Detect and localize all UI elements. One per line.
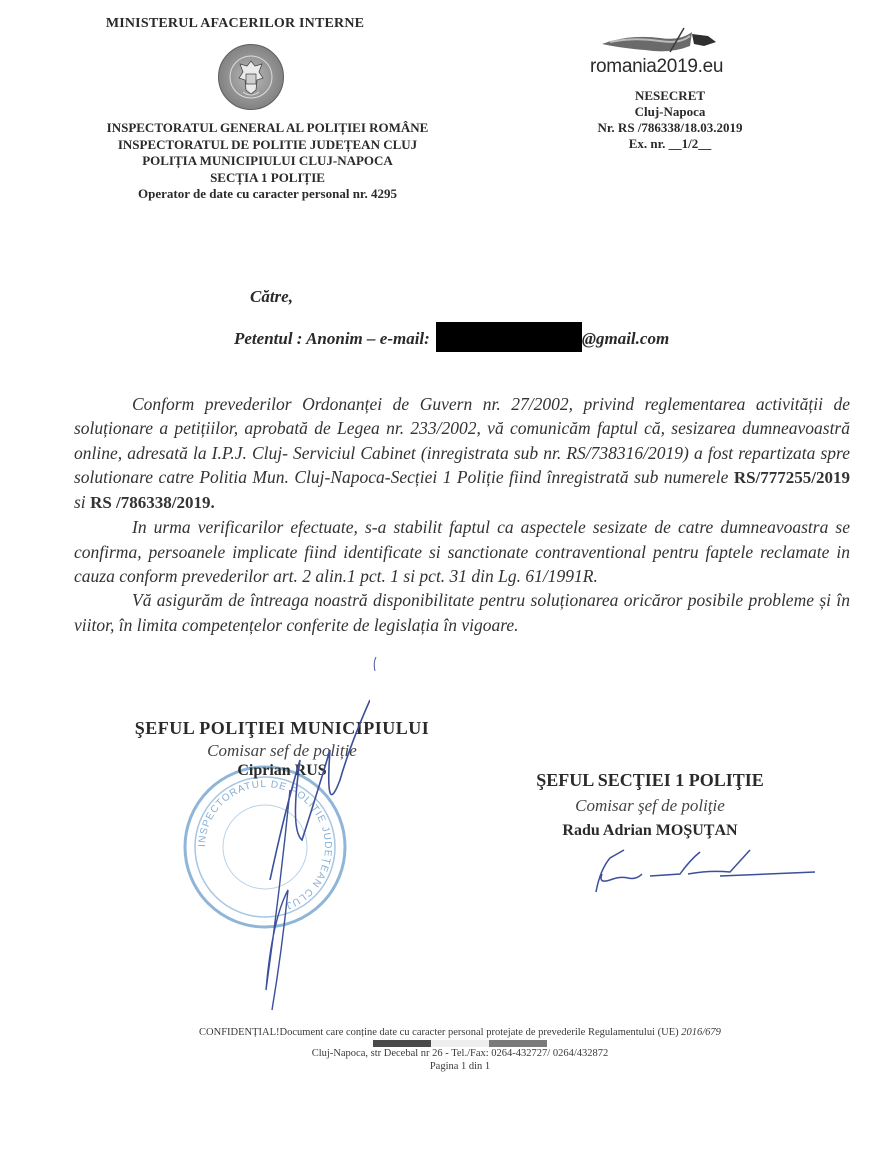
redacted-email-block <box>436 322 582 352</box>
organization-block: INSPECTORATUL GENERAL AL POLIȚIEI ROMÂNE… <box>80 120 455 203</box>
right-signature-block: ŞEFUL SECŢIEI 1 POLIŢIE Comisar şef de p… <box>500 770 800 840</box>
confidentiality-notice: CONFIDENȚIAL!Document care conține date … <box>120 1026 800 1039</box>
paragraph-1: Conform prevederilor Ordonanței de Guver… <box>74 392 850 515</box>
classification-label: NESECRET <box>570 88 770 104</box>
reference-number-1: RS/777255/2019 <box>734 468 850 487</box>
registration-number: Nr. RS /786338/18.03.2019 <box>570 120 770 136</box>
data-operator-note: Operator de date cu caracter personal nr… <box>80 186 455 203</box>
city-label: Cluj-Napoca <box>570 104 770 120</box>
eagle-icon <box>229 54 273 100</box>
ministry-header: MINISTERUL AFACERILOR INTERNE <box>75 16 545 32</box>
org-line-4: SECȚIA 1 POLIȚIE <box>80 170 455 187</box>
confidentiality-text: CONFIDENȚIAL!Document care conține date … <box>199 1027 681 1038</box>
handwritten-signature-right-icon <box>580 840 820 900</box>
paragraph-1-conjunction: si <box>74 492 90 512</box>
document-registration-block: NESECRET Cluj-Napoca Nr. RS /786338/18.0… <box>570 88 770 152</box>
salutation: Către, <box>250 287 293 307</box>
copy-number: Ex. nr. __1/2__ <box>570 136 770 152</box>
handwritten-signature-left-icon <box>230 690 370 1020</box>
document-footer: CONFIDENȚIAL!Document care conține date … <box>120 1026 800 1073</box>
org-line-3: POLIȚIA MUNICIPIULUI CLUJ-NAPOCA <box>80 153 455 170</box>
email-domain: @gmail.com <box>582 329 669 348</box>
footer-address: Cluj-Napoca, str Decebal nr 26 - Tel./Fa… <box>120 1047 800 1060</box>
recipient-label: Petentul : Anonim – e-mail: <box>234 329 430 348</box>
romania2019-logo-text: romania2019.eu <box>590 56 750 78</box>
right-signatory-rank: Comisar şef de poliţie <box>500 796 800 816</box>
page-number: Pagina 1 din 1 <box>120 1060 800 1073</box>
tricolor-bar <box>373 1040 547 1047</box>
coat-of-arms-emblem-icon <box>218 44 284 110</box>
org-line-1: INSPECTORATUL GENERAL AL POLIȚIEI ROMÂNE <box>80 120 455 137</box>
paragraph-3: Vă asigurăm de întreaga noastră disponib… <box>74 588 850 637</box>
tricolor-segment-2 <box>431 1040 489 1047</box>
reference-number-2: RS /786338/2019. <box>90 493 215 512</box>
ministry-name: MINISTERUL AFACERILOR INTERNE <box>75 16 395 32</box>
recipient-line: Petentul : Anonim – e-mail:@gmail.com <box>234 322 669 352</box>
romania2019-flag-logo-icon <box>600 26 718 58</box>
right-signatory-name: Radu Adrian MOŞUŢAN <box>500 822 800 840</box>
org-line-2: INSPECTORATUL DE POLITIE JUDEȚEAN CLUJ <box>80 137 455 154</box>
pen-mark-icon <box>370 655 380 673</box>
paragraph-2: In urma verificarilor efectuate, s-a sta… <box>74 515 850 588</box>
tricolor-segment-3 <box>489 1040 547 1047</box>
right-signatory-title: ŞEFUL SECŢIEI 1 POLIŢIE <box>500 770 800 791</box>
letter-body: Conform prevederilor Ordonanței de Guver… <box>74 392 850 637</box>
regulation-reference: 2016/679 <box>681 1027 721 1038</box>
tricolor-segment-1 <box>373 1040 431 1047</box>
